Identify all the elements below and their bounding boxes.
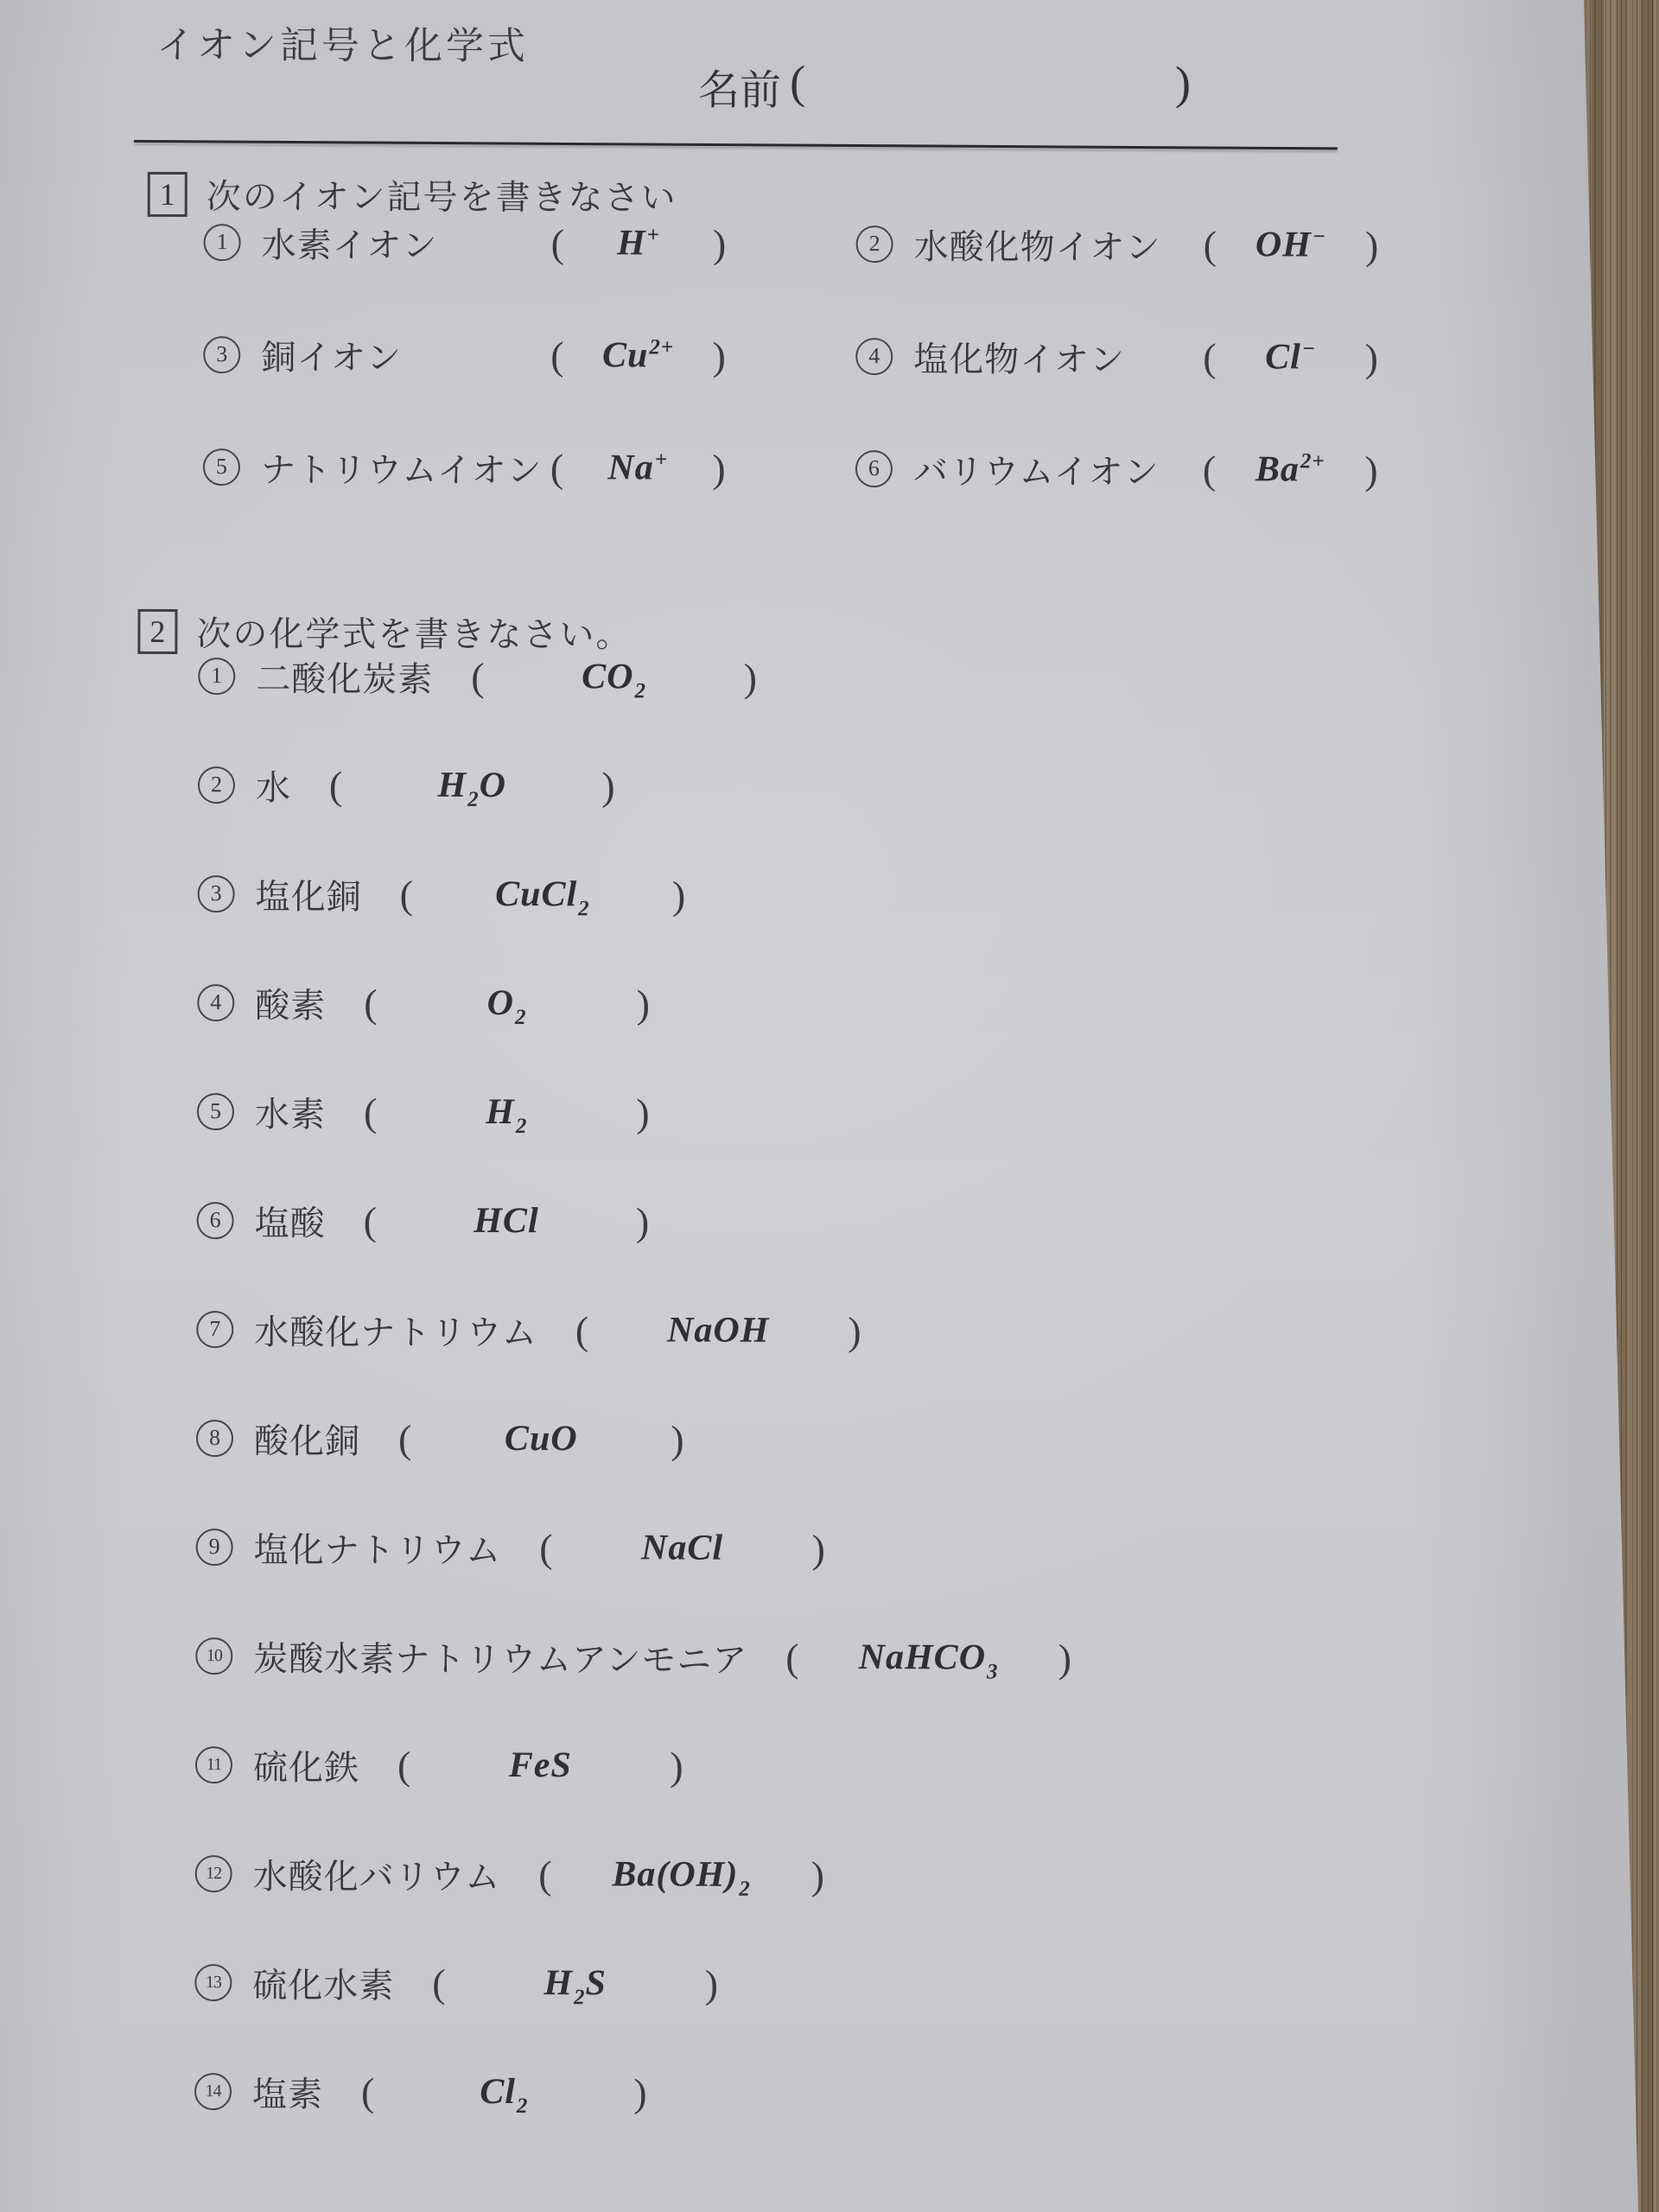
answer-open-paren: ( [471,653,484,699]
answer-formula: HCl [377,1200,636,1243]
worksheet-item: 10炭酸水素ナトリウムアンモニア(NaHCO3) [195,1635,1071,1679]
answer-formula: H2O [342,765,601,807]
answer-formula: FeS [410,1745,670,1787]
worksheet-item: 4酸素(O2) [197,982,1073,1026]
section-2-items: 1二酸化炭素(CO2)2水(H2O)3塩化銅(CuCl2)4酸素(O2)5水素(… [194,655,1074,2114]
answer-open-paren: ( [361,2069,374,2114]
answer-formula: CuCl2 [413,874,672,916]
worksheet-item: 9塩化ナトリウム(NaCl) [196,1526,1072,1570]
formula-text: Ba(OH) [612,1853,738,1895]
worksheet-item: 12水酸化バリウム(Ba(OH)2) [195,1853,1071,1897]
item-label: 炭酸水素ナトリウムアンモニア [253,1631,747,1681]
answer-formula: NaHCO3 [799,1637,1058,1679]
worksheet-item: 11硫化鉄(FeS) [195,1744,1071,1788]
formula-sup: + [647,223,660,247]
worksheet-item: 5水素(H2) [197,1090,1073,1135]
name-open-paren: ( [790,55,805,109]
answer-open-paren: ( [364,1089,377,1135]
item-number: 9 [196,1529,233,1566]
section-2-header: 2 次の化学式を書きなさい。 [137,607,632,657]
formula-text: H [437,765,467,806]
item-label: 水 [256,760,291,810]
answer-close-paren: ) [636,1198,649,1244]
item-label: 硫化鉄 [253,1740,359,1789]
answer-formula: H2S [446,1962,705,2005]
worksheet-item: 5ナトリウムイオン(Na+) [203,446,855,489]
item-label: 水素 [255,1087,326,1136]
answer-formula: OH− [1217,224,1365,265]
name-blank [805,57,1166,110]
answer-close-paren: ) [811,1852,824,1897]
item-number: 2 [198,766,235,804]
formula-sup: 2+ [649,335,674,359]
item-number: 2 [856,226,893,263]
formula-text: Cl [480,2071,516,2113]
answer-formula: NaOH [588,1309,848,1351]
formula-sub: 2 [517,2094,529,2119]
worksheet-item: 3銅イオン(Cu2+) [203,334,855,377]
item-label: 酸素 [255,978,326,1027]
item-number: 4 [855,338,893,375]
worksheet-item: 2水酸化物イオン(OH−) [856,223,1379,266]
formula-text: H [486,1091,515,1133]
item-label: 塩酸 [255,1196,326,1245]
answer-open-paren: ( [1204,222,1217,268]
item-label: 硫化水素 [252,1958,394,2007]
answer-close-paren: ) [1365,334,1378,380]
formula-text: Cu [602,334,649,376]
answer-open-paren: ( [1203,447,1216,493]
item-label: 水酸化バリウム [253,1849,501,1899]
answer-formula: Cu2+ [564,334,713,376]
answer-formula: CuO [411,1418,671,1460]
section-1-header: 1 次のイオン記号を書きなさい [148,169,677,220]
item-label: 水素イオン [262,218,551,268]
item-number: 12 [195,1855,232,1892]
formula-sub: 2 [578,897,590,921]
answer-open-paren: ( [432,1960,445,2005]
answer-close-paren: ) [812,1525,825,1571]
section-2-heading: 次の化学式を書きなさい。 [196,607,632,657]
answer-formula: Cl− [1217,336,1365,378]
formula-text: H [543,1962,573,2004]
item-label: バリウムイオン [913,444,1203,494]
answer-formula: CO2 [485,656,744,698]
answer-formula: Cl2 [374,2071,633,2113]
worksheet-item: 14塩素(Cl2) [194,2070,1071,2114]
section-1-heading: 次のイオン記号を書きなさい [207,169,677,219]
answer-close-paren: ) [1365,222,1378,268]
section-2-number-box: 2 [137,608,177,653]
formula-sup: − [1302,337,1316,361]
answer-open-paren: ( [539,1525,552,1571]
item-label: 酸化銅 [254,1414,360,1463]
formula-text: NaCl [641,1527,723,1568]
item-label: 塩化ナトリウム [254,1522,502,1573]
worksheet-content: イオン記号と化学式 名前() 1 次のイオン記号を書きなさい 1水素イオン(H+… [0,0,1659,2212]
formula-text: S [586,1962,607,2004]
formula-text: Cl [1265,336,1301,378]
section-1-items: 1水素イオン(H+)2水酸化物イオン(OH−)3銅イオン(Cu2+)4塩化物イオ… [203,221,1378,491]
formula-text: O [487,982,514,1024]
formula-sub: 3 [987,1660,999,1684]
item-label: ナトリウムイオン [261,442,550,493]
formula-sub: 2 [574,1986,586,2010]
answer-open-paren: ( [400,871,413,917]
answer-open-paren: ( [551,220,564,266]
worksheet-item: 2水(H2O) [198,764,1074,808]
item-number: 3 [203,336,240,373]
formula-text: OH [1255,224,1312,265]
answer-open-paren: ( [785,1634,798,1680]
name-field-row: 名前() [698,57,1191,118]
answer-close-paren: ) [670,1743,683,1789]
worksheet-item: 4塩化物イオン(Cl−) [855,335,1378,378]
answer-close-paren: ) [671,1416,683,1462]
answer-close-paren: ) [601,763,614,809]
item-number: 6 [197,1202,234,1239]
name-underline [134,140,1338,150]
answer-open-paren: ( [1203,334,1216,380]
answer-open-paren: ( [364,980,377,1026]
answer-close-paren: ) [713,333,726,378]
formula-text: O [480,765,506,806]
worksheet-item: 13硫化水素(H2S) [194,1961,1071,2005]
answer-close-paren: ) [705,1961,718,2006]
formula-sub: 2 [739,1878,751,1902]
answer-close-paren: ) [1364,447,1377,493]
answer-open-paren: ( [550,333,563,378]
answer-formula: H2 [377,1091,636,1134]
item-label: 銅イオン [261,330,550,380]
answer-open-paren: ( [575,1307,588,1353]
worksheet-item: 3塩化銅(CuCl2) [198,873,1074,917]
formula-sup: 2+ [1300,449,1325,474]
answer-formula: Na+ [563,447,712,488]
answer-open-paren: ( [329,762,342,808]
item-number: 10 [195,1637,232,1675]
formula-text: CO [582,656,633,697]
answer-formula: O2 [378,982,637,1025]
answer-formula: Ba2+ [1216,448,1364,490]
formula-sub: 2 [634,679,646,703]
item-number: 8 [196,1420,233,1457]
formula-text: CuO [505,1418,578,1459]
answer-close-paren: ) [712,445,725,491]
answer-close-paren: ) [848,1308,861,1354]
answer-close-paren: ) [633,2069,646,2115]
item-number: 13 [194,1964,232,2001]
answer-open-paren: ( [397,1742,410,1788]
formula-sup: − [1313,225,1326,249]
item-number: 5 [203,448,240,486]
formula-text: CuCl [495,874,577,915]
formula-text: Na [607,447,653,488]
worksheet-item: 6塩酸(HCl) [197,1199,1073,1243]
item-label: 塩化物イオン [913,332,1203,382]
formula-text: H [617,222,646,264]
item-label: 水酸化ナトリウム [254,1305,537,1355]
item-label: 塩素 [252,2067,323,2116]
item-label: 水酸化物イオン [914,219,1204,270]
answer-open-paren: ( [398,1415,411,1461]
item-label: 二酸化炭素 [256,652,433,702]
item-number: 14 [194,2073,232,2110]
answer-open-paren: ( [538,1852,551,1897]
answer-open-paren: ( [364,1198,377,1243]
item-number: 4 [197,984,234,1021]
answer-formula: H+ [564,222,713,264]
item-number: 6 [855,450,893,487]
worksheet-item: 1二酸化炭素(CO2) [198,655,1074,699]
name-close-paren: ) [1175,56,1191,110]
section-1-number-box: 1 [148,171,188,216]
formula-sub: 2 [516,1115,528,1139]
worksheet-item: 7水酸化ナトリウム(NaOH) [196,1308,1072,1352]
formula-text: Ba [1255,448,1300,490]
answer-close-paren: ) [636,1090,649,1135]
formula-sup: + [655,448,668,472]
item-number: 7 [196,1311,233,1348]
formula-sub: 2 [515,1006,527,1030]
page-title: イオン記号と化学式 [156,14,529,70]
answer-close-paren: ) [713,220,726,266]
worksheet-item: 6バリウムイオン(Ba2+) [855,448,1378,491]
answer-close-paren: ) [1058,1635,1071,1681]
item-number: 3 [198,875,235,912]
formula-text: HCl [474,1200,538,1242]
answer-formula: NaCl [553,1527,812,1569]
item-number: 1 [204,224,241,261]
item-number: 1 [198,658,235,695]
item-number: 11 [195,1746,232,1783]
worksheet-item: 1水素イオン(H+) [204,221,856,264]
item-number: 5 [197,1093,234,1130]
answer-close-paren: ) [672,872,685,918]
answer-close-paren: ) [637,981,650,1027]
item-label: 塩化銅 [256,869,362,918]
answer-formula: Ba(OH)2 [552,1853,811,1896]
answer-open-paren: ( [550,445,563,491]
formula-text: NaOH [667,1310,769,1351]
worksheet-item: 8酸化銅(CuO) [196,1417,1072,1461]
name-label: 名前 [698,57,781,117]
formula-sub: 2 [467,788,480,812]
formula-text: FeS [509,1745,572,1786]
answer-close-paren: ) [744,654,757,700]
formula-text: NaHCO [859,1637,986,1678]
